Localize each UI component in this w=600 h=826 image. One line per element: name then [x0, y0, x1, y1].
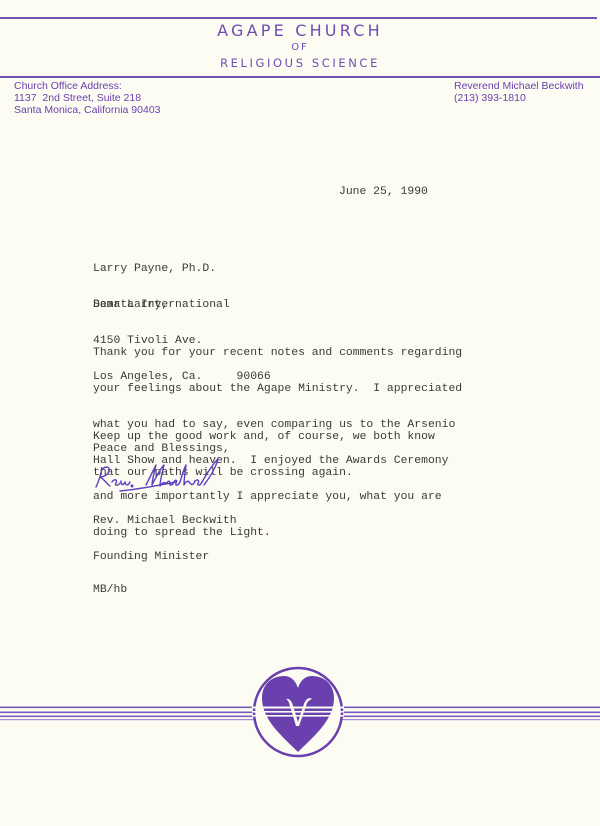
heart-v-circle-icon — [252, 666, 344, 758]
